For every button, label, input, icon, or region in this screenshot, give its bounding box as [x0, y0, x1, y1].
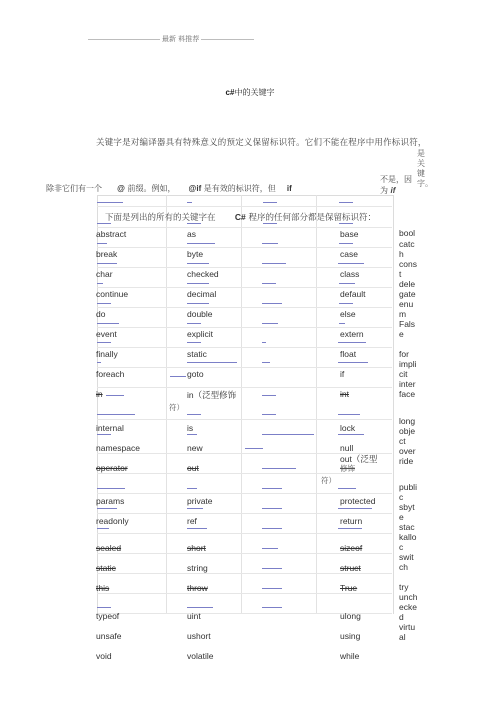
keyword: case [340, 249, 358, 259]
underline-mark [106, 395, 124, 396]
keyword: abstract [96, 229, 126, 239]
underline-mark [262, 303, 282, 304]
underline-mark [97, 243, 107, 244]
keyword: operator [96, 463, 128, 473]
keyword: break [96, 249, 117, 259]
underline-mark [97, 202, 123, 203]
underline-mark [339, 243, 353, 244]
underline-mark [262, 468, 296, 469]
underline-mark [97, 362, 101, 363]
underline-mark [187, 434, 197, 435]
keyword: readonly [96, 516, 129, 526]
underline-mark [339, 223, 353, 224]
row-divider [97, 513, 392, 514]
keyword: protected [340, 496, 375, 506]
underline-mark [187, 414, 201, 415]
underline-mark [97, 414, 135, 415]
header-label: 最新 料推荐 [160, 34, 201, 44]
keyword: typeof [96, 611, 119, 621]
underline-mark [339, 323, 345, 324]
keyword: is [187, 423, 193, 433]
vertical-note: 是 关 键 字。 [417, 149, 427, 189]
keyword-wrap: 符） [169, 402, 184, 413]
underline-mark [338, 528, 362, 529]
underline-mark [187, 528, 207, 529]
keyword: event [96, 329, 117, 339]
keyword: return [340, 516, 362, 526]
keyword: float [340, 349, 356, 359]
underline-mark [187, 323, 201, 324]
row-divider [97, 593, 392, 594]
keyword: while [340, 651, 359, 661]
keyword: foreach [96, 369, 124, 379]
row-divider [97, 227, 392, 228]
underline-mark [262, 283, 276, 284]
underline-mark [187, 223, 201, 224]
header-rule-right [196, 39, 254, 40]
keyword: default [340, 289, 366, 299]
keyword: internal [96, 423, 124, 433]
keyword-wrap: 符） [321, 475, 336, 486]
underline-mark [97, 323, 119, 324]
col-divider [166, 195, 167, 613]
keyword: null [340, 443, 353, 453]
keyword: in（泛型修饰 [187, 389, 236, 401]
header-rule-left [88, 39, 160, 40]
row-divider [97, 573, 392, 574]
underline-mark [187, 243, 215, 244]
keyword: private [187, 496, 213, 506]
underline-mark [262, 414, 276, 415]
row-divider [97, 387, 392, 388]
keyword: sealed [96, 543, 121, 553]
underline-mark [97, 342, 111, 343]
underline-mark [262, 342, 266, 343]
side-keyword-column: bool catc h cons t dele gate enu m Fals … [399, 228, 421, 642]
underline-mark [338, 488, 356, 489]
underline-mark [97, 508, 117, 509]
keyword: byte [187, 249, 203, 259]
underline-mark [97, 488, 125, 489]
sentence-at-prefix: 除非它们有一个 @ 前缀。例如， @if 是有效的标识符，但 if [46, 183, 292, 194]
row-divider [97, 247, 392, 248]
underline-mark [170, 376, 186, 377]
keyword: ulong [340, 611, 361, 621]
underline-mark [338, 362, 368, 363]
keyword: in [96, 389, 103, 399]
underline-mark [97, 223, 111, 224]
row-divider [97, 419, 392, 420]
underline-mark [262, 263, 286, 264]
keyword: True [340, 583, 357, 593]
underline-mark [187, 303, 209, 304]
underline-mark [97, 528, 109, 529]
underline-mark [187, 488, 197, 489]
row-divider [97, 533, 392, 534]
underline-mark [187, 283, 209, 284]
keyword: as [187, 229, 196, 239]
underline-mark [338, 263, 364, 264]
underline-mark [339, 283, 355, 284]
underline-mark [262, 243, 278, 244]
underline-mark [97, 303, 111, 304]
col-divider [241, 195, 242, 613]
keyword: static [96, 563, 116, 573]
keyword: this [96, 583, 109, 593]
row-divider [97, 327, 392, 328]
keyword: lock [340, 423, 355, 433]
intro-paragraph: 关键字是对编译器具有特殊意义的预定义保留标识符。它们不能在程序中用作标识符， [96, 136, 427, 148]
keyword: continue [96, 289, 128, 299]
underline-mark [262, 323, 278, 324]
underline-mark [245, 448, 263, 449]
row-divider [97, 206, 392, 207]
keyword: params [96, 496, 124, 506]
row-divider [97, 493, 392, 494]
underline-mark [262, 528, 282, 529]
underline-mark [262, 607, 282, 608]
underline-mark [262, 434, 314, 435]
underline-mark [262, 362, 270, 363]
row-divider [97, 367, 392, 368]
underline-mark [97, 434, 111, 435]
underline-mark [338, 342, 366, 343]
underline-mark [262, 395, 276, 396]
keyword: else [340, 309, 356, 319]
keyword: static [187, 349, 207, 359]
keyword: string [187, 563, 208, 573]
underline-mark [97, 263, 117, 264]
underline-mark [338, 508, 372, 509]
keyword: int [340, 389, 349, 399]
keyword: short [187, 543, 206, 553]
keyword: namespace [96, 443, 140, 453]
keyword: throw [187, 583, 208, 593]
underline-mark [262, 508, 282, 509]
keyword: if [340, 369, 344, 379]
row-divider [97, 287, 392, 288]
underline-mark [187, 202, 192, 203]
keyword: extern [340, 329, 364, 339]
keyword: new [187, 443, 203, 453]
row-divider [97, 347, 392, 348]
underline-mark [263, 223, 277, 224]
keyword: goto [187, 369, 204, 379]
underline-mark [187, 263, 209, 264]
page-title: c#中的关键字 [0, 87, 500, 98]
keyword-wrap: 修饰 [340, 463, 355, 474]
keyword: class [340, 269, 359, 279]
underline-mark [97, 607, 111, 608]
row-divider [97, 267, 392, 268]
keyword: out [187, 463, 199, 473]
keyword: ushort [187, 631, 211, 641]
row-divider [97, 553, 392, 554]
keyword: unsafe [96, 631, 122, 641]
keyword: sizeof [340, 543, 362, 553]
underline-mark [187, 342, 201, 343]
keyword: ref [187, 516, 197, 526]
keyword: volatile [187, 651, 213, 661]
keyword: decimal [187, 289, 216, 299]
keyword: uint [187, 611, 201, 621]
underline-mark [262, 588, 282, 589]
underline-mark [262, 568, 282, 569]
underline-mark [338, 434, 364, 435]
underline-mark [339, 303, 353, 304]
underline-mark [338, 414, 360, 415]
sentence-at-prefix-right: 不是，因 为 if [380, 174, 412, 196]
col-divider [316, 195, 317, 613]
underline-mark [187, 508, 203, 509]
keyword: void [96, 651, 112, 661]
keyword: do [96, 309, 105, 319]
keyword-list-intro: 下面是列出的所有的关键字在 C# 程序的任何部分都是保留标识符： [105, 211, 376, 223]
underline-mark [97, 283, 103, 284]
underline-mark [187, 607, 213, 608]
keyword: finally [96, 349, 118, 359]
underline-mark [262, 488, 282, 489]
underline-mark [187, 362, 237, 363]
underline-mark [262, 548, 278, 549]
keyword: checked [187, 269, 219, 279]
underline-mark [339, 202, 353, 203]
keyword: base [340, 229, 358, 239]
keyword: char [96, 269, 113, 279]
underline-mark [263, 202, 277, 203]
keyword: struct [340, 563, 361, 573]
row-divider [97, 307, 392, 308]
keyword: explicit [187, 329, 213, 339]
keyword: using [340, 631, 360, 641]
keyword: double [187, 309, 213, 319]
